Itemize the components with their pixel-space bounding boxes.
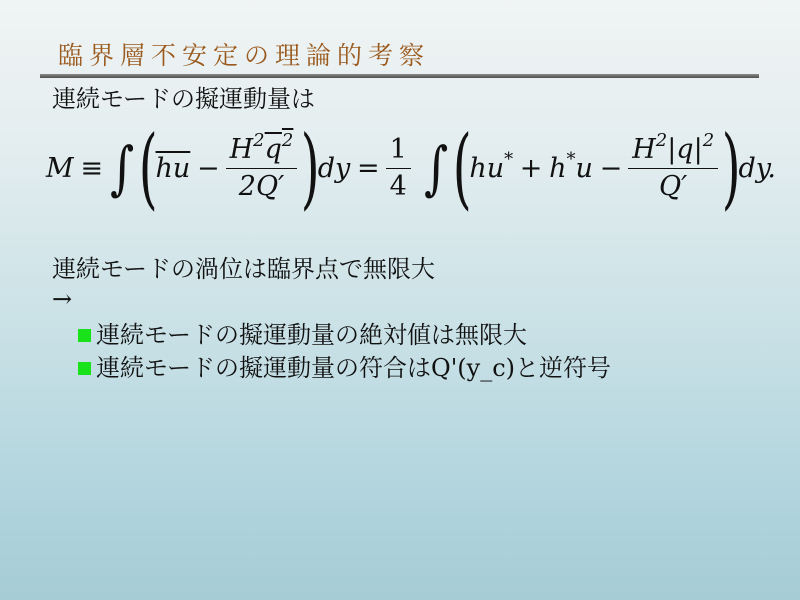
green-square-bullet-icon [78, 329, 91, 342]
statement-text: 連続モードの渦位は臨界点で無限大 [52, 254, 435, 284]
slide-title: 臨界層不安定の理論的考察 [58, 40, 430, 72]
eq-minus-2: − [600, 153, 623, 184]
eq-lhs: M [46, 153, 74, 184]
fraction-2: H2|q|2 Q′ [628, 134, 718, 203]
eq-term-hu-star: hu* [469, 153, 513, 184]
integral-sign: ∫ [110, 134, 134, 202]
right-paren-2: ) [722, 124, 741, 212]
fraction-quarter: 1 4 [386, 134, 411, 203]
green-square-bullet-icon [78, 362, 91, 375]
fraction-1: H2q2 2Q′ [226, 134, 298, 203]
pseudo-momentum-equation: M ≡ ∫ ( hu − H2q2 2Q′ ) dy = 1 4 ∫ ( hu*… [46, 118, 776, 218]
eq-dy: dy [318, 153, 351, 184]
bullet-item: 連続モードの擬運動量の絶対値は無限大 [78, 320, 527, 350]
left-paren: ( [139, 124, 158, 212]
eq-term-hu-bar: hu [156, 153, 191, 184]
eq-equiv: ≡ [80, 153, 103, 184]
right-paren: ) [301, 124, 320, 212]
eq-dy-end: dy. [738, 153, 776, 184]
left-paren-2: ( [453, 124, 472, 212]
arrow-text: → [52, 284, 72, 314]
eq-equals: = [357, 153, 380, 184]
eq-plus: + [520, 153, 543, 184]
eq-term-h-star-u: h*u [549, 153, 593, 184]
eq-minus: − [197, 153, 220, 184]
integral-sign-2: ∫ [424, 134, 448, 202]
intro-text: 連続モードの擬運動量は [52, 84, 315, 114]
bullet-item: 連続モードの擬運動量の符合はQ'(y_c)と逆符号 [78, 353, 611, 383]
title-underline [40, 74, 759, 78]
